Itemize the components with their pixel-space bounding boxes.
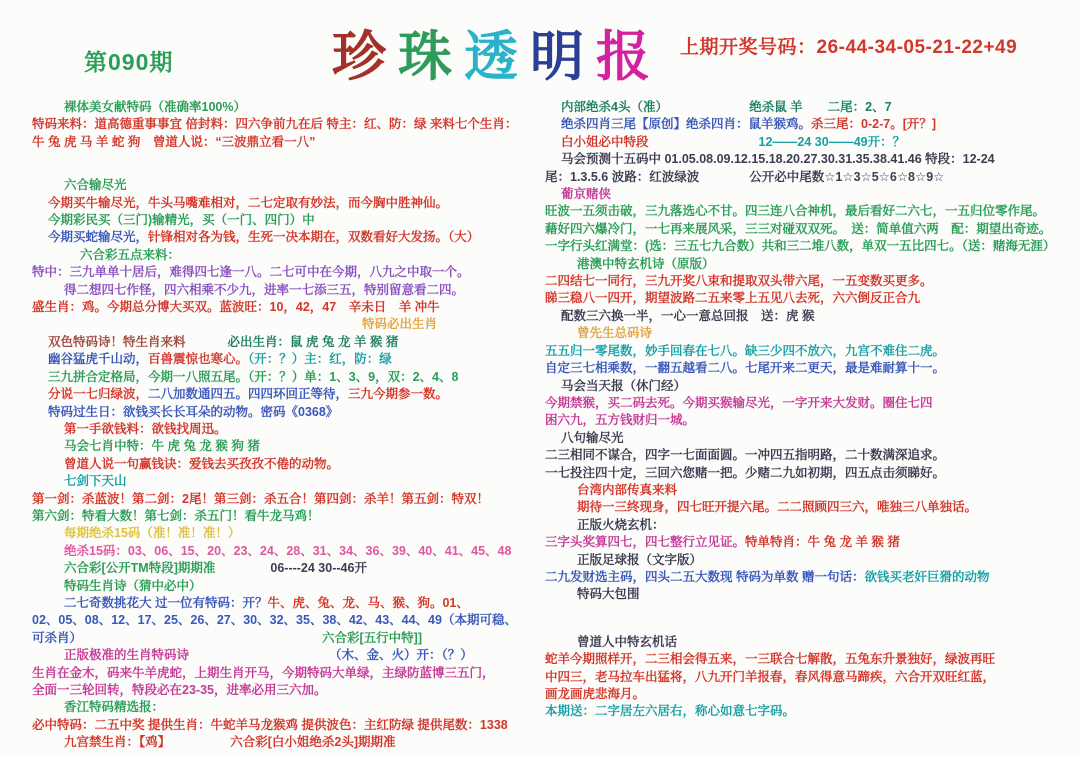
text-line: 五五归一零尾数，妙手回春在七八。缺三少四不放六，九宫不难住二虎。 — [545, 343, 1077, 360]
text-line: 蛇羊今期照样开，二三相会得五来，一三联合七解散，五兔东升景独好，绿波再旺 — [545, 651, 1077, 668]
last-draw-label: 上期开奖号码： — [680, 37, 817, 58]
text-line: 七剑下天山 — [32, 473, 544, 490]
text-segment: 必出生肖：鼠 虎 兔 龙 羊 猴 猪 — [228, 335, 399, 349]
text-line: 绝杀四肖三尾【原创】绝杀四肖：鼠羊猴鸡。杀三尾：0-2-7。[开？] — [545, 116, 1077, 133]
text-line: 特码生肖诗（猜中必中） — [32, 578, 544, 595]
text-line: 三字头奖算四七，四七整行立见证。特单特肖：牛 兔 龙 羊 猴 猪 — [545, 534, 1077, 551]
report-header: 第090期 珍珠透明报 上期开奖号码：26-44-34-05-21-22+49 — [0, 0, 1080, 96]
text-line: 期待一三终现身，四七旺开提六尾。二二照顾四三六，唯独三八单独话。 — [545, 499, 1077, 516]
text-line: 马会七肖中特：牛 虎 兔 龙 猴 狗 猪 — [32, 438, 544, 455]
text-line: 内部绝杀4头（准） 绝杀鼠 羊 二尾：2、7 — [545, 99, 1077, 116]
text-segment: 牛、虎、兔、龙、马、猴、狗。01、 — [267, 596, 468, 610]
text-line: 自定三七相乘数，一翻五越看二八。七尾开来二更天，最是难耐算十一。 — [545, 360, 1077, 377]
title-char: 珍 — [332, 27, 398, 87]
text-line: 正版足球报（文字版） — [545, 552, 1077, 569]
text-line: 02、05、08、12、17、25、26、27、30、32、35、38、42、4… — [32, 612, 544, 629]
text-line: 今期彩民买（三门)输精光，买（一门、四门）中 — [32, 212, 544, 229]
text-line: 正版极准的生肖特码诗（木、金、火）开：（？） — [32, 647, 544, 664]
text-line: 正版火烧玄机： — [545, 517, 1077, 534]
text-line: 第六剑：特看大数！第七剑：杀五门！看牛龙马鸡！ — [32, 508, 544, 525]
right-column: 内部绝杀4头（准） 绝杀鼠 羊 二尾：2、7绝杀四肖三尾【原创】绝杀四肖：鼠羊猴… — [545, 99, 1077, 721]
text-line: 曾道人中特玄机话 — [545, 634, 1077, 651]
text-line: 特码过生日：欲钱买长长耳朵的动物。密码《0368》 — [32, 404, 544, 421]
text-line: 困六九，五方钱财归一城。 — [545, 412, 1077, 429]
text-line: 牛 兔 虎 马 羊 蛇 狗 曾道人说：“三波鼎立看一八” — [32, 134, 544, 151]
text-segment: 幽谷猛虎千山动， — [48, 352, 148, 366]
text-segment: 12——24 30——49开：？ — [759, 135, 906, 149]
text-line: 藉好四六爆冷门，一七再来展风采，三三对碰双双死。 送：简单值六两 配：期望出奇迹… — [545, 221, 1077, 238]
text-line: 盛生肖：鸡。今期总分博大买双。蓝波旺：10，42，47 辛未日 羊 冲牛 — [32, 299, 544, 316]
text-segment: 绝杀四肖三尾【原创】绝杀四肖：鼠羊猴鸡。 — [561, 117, 811, 131]
text-segment: 九宫禁生肖：【鸡】 — [64, 735, 170, 749]
text-segment: 06----24 30--46开 — [270, 561, 367, 575]
text-line: 港澳中特玄机诗（原版） — [545, 256, 1077, 273]
text-line: 台湾内部传真来料 — [545, 482, 1077, 499]
text-line: 今期买牛输尽光，牛头马嘴难相对，二七定取有妙法，而今胸中胜神仙。 — [32, 195, 544, 212]
text-segment: 二七奇数挑花大 过一位有特码：开？ — [64, 596, 267, 610]
text-segment: 欲钱买老奸巨猾的动物 — [864, 570, 989, 584]
text-line: 九宫禁生肖：【鸡】六合彩[白小姐绝杀2头]期期准 — [32, 734, 544, 751]
text-line: 得二想四七作怪，四六相乘不少九，进率一七添三五，特别留意看二四。 — [32, 282, 544, 299]
text-line: 二九发财选主码，四头二五大数现 特码为单数 赠一句话：欲钱买老奸巨猾的动物 — [545, 569, 1077, 586]
text-line: 六合输尽光 — [32, 177, 544, 194]
text-line: 特中：三九单单十居后，难得四七逢一八。二七可中在今期，八九之中取一个。 — [32, 264, 544, 281]
text-line: 本期送：二字居左六居右，称心如意七字码。 — [545, 703, 1077, 720]
text-line: 双色特码诗！特生肖来料必出生肖：鼠 虎 兔 龙 羊 猴 猪 — [32, 334, 544, 351]
text-line: 八句输尽光 — [545, 430, 1077, 447]
text-line: 睇三稳八一四开，期望波路二五来零上五见八去死，六六倒反正合九 — [545, 290, 1077, 307]
text-line: 二四结七一同行，三九开奖八束和提取双头带六尾，一五变数买更多。 — [545, 273, 1077, 290]
text-line: 白小姐必中特段12——24 30——49开：？ — [545, 134, 1077, 151]
title-char: 透 — [464, 27, 530, 87]
text-segment: 六合彩[公开TM特段]期期准 — [64, 561, 215, 575]
text-segment: 正版极准的生肖特码诗 — [64, 648, 189, 662]
text-line: 每期绝杀15码（准！准！准！） — [32, 525, 544, 542]
text-line: 生肖在金木，码来牛羊虎蛇，上期生肖开马，今期特码大单绿，主绿防蓝博三五门， — [32, 665, 544, 682]
text-segment: （木、金、火）开：（？） — [329, 648, 473, 662]
text-line: 必中特码：二五中奖 提供生肖：牛蛇羊马龙猴鸡 提供波色：主红防绿 提供尾数：13… — [32, 717, 544, 734]
text-line: 特码大包围 — [545, 586, 1077, 603]
text-line: 六合彩[公开TM特段]期期准06----24 30--46开 — [32, 560, 544, 577]
text-segment: （开：？）主：红，防：绿 — [248, 352, 392, 366]
text-line: 配数三六换一半，一心一意总回报 送：虎 猴 — [545, 308, 1077, 325]
report-title: 珍珠透明报 — [332, 14, 662, 91]
text-segment: 双色特码诗！特生肖来料 — [48, 335, 186, 349]
text-line: 裸体美女献特码（准确率100%） — [32, 99, 544, 116]
text-line: 六合彩五点来料： — [32, 247, 544, 264]
text-line: 二七奇数挑花大 过一位有特码：开？牛、虎、兔、龙、马、猴、狗。01、 — [32, 595, 544, 612]
text-line: 分说一七归绿波，二八加数通四五。四四环回正等待，三九今期参一数。 — [32, 386, 544, 403]
text-line: 今期禁猴，买二码去死。今期买猴输尽光，一字开来大发财。圈住七四 — [545, 395, 1077, 412]
text-segment: 分说一七归绿波， — [48, 387, 148, 401]
text-line: 曾先生总码诗 — [545, 325, 1077, 342]
text-line: 一七投注四十定，三回六您赌一把。少赌二九如初期，四五点击须睇好。 — [545, 465, 1077, 482]
text-segment: 杀三尾：0-2-7。[开？] — [811, 117, 936, 131]
text-segment: 三字头奖算四七，四七整行立见证。 — [545, 535, 745, 549]
issue-number: 第090期 — [84, 44, 173, 77]
text-segment: 三九今期参一数。 — [348, 387, 448, 401]
text-line: 旺波一五须击破，三九落选心不甘。四三连八合神机，最后看好二六七，一五归位零作尾。 — [545, 203, 1077, 220]
text-segment: 白小姐必中特段 — [561, 135, 649, 149]
text-line: 特码来料：道高德重事事宜 倍封料：四六争前九在后 特主：红、防：绿 来料七个生肖… — [32, 116, 544, 133]
text-segment: 针锋相对各为钱，生死一决本期在，双数看好大发扬。（大） — [148, 230, 479, 244]
text-line: 曾道人说一句赢钱诀：爱钱去买孜孜不倦的动物。 — [32, 456, 544, 473]
text-line: 全面一三轮回转，特段必在23-35，进率必用三六加。 — [32, 682, 544, 699]
text-line: 第一剑：杀蓝波！第二剑：2尾！第三剑：杀五合！第四剑：杀羊！第五剑：特双！ — [32, 491, 544, 508]
text-line: 一字行头红满堂：(选：三五七九合数）共和三二堆八数，单双一五比四七。（送：赌海无… — [545, 238, 1077, 255]
text-segment: 二八加数通四五。四四环回正等待， — [148, 387, 348, 401]
last-draw-value: 26-44-34-05-21-22+49 — [817, 37, 1018, 58]
title-char: 明 — [530, 27, 596, 87]
text-line: 可杀肖）六合彩[五行中特]] — [32, 630, 544, 647]
text-line: 绝杀15码：03、06、15、20、23、24、28、31、34、36、39、4… — [32, 543, 544, 560]
text-line: 葡京赌侠 — [545, 186, 1077, 203]
text-segment: 今期买蛇输尽光， — [48, 230, 148, 244]
text-line: 幽谷猛虎千山动，百兽震惊也寒心。（开：？）主：红，防：绿 — [32, 351, 544, 368]
text-line: 二三相同不谋合，四字一七面面圆。一冲四五指明路，二十数满深追求。 — [545, 447, 1077, 464]
report-page: 第090期 珍珠透明报 上期开奖号码：26-44-34-05-21-22+49 … — [0, 0, 1080, 758]
text-segment: 六合彩[五行中特]] — [322, 631, 422, 645]
title-char: 报 — [596, 27, 662, 87]
text-segment: 特单特肖：牛 兔 龙 羊 猴 猪 — [745, 535, 900, 549]
text-segment: 六合彩[白小姐绝杀2头]期期准 — [230, 735, 395, 749]
text-line: 第一手欲钱料：欲钱找周迅。 — [32, 421, 544, 438]
last-draw-numbers: 上期开奖号码：26-44-34-05-21-22+49 — [680, 32, 1017, 59]
text-line: 马会预测十五码中 01.05.08.09.12.15.18.20.27.30.3… — [545, 151, 1077, 168]
text-line: 香江特码精选报： — [32, 699, 544, 716]
text-line: 画龙画虎悲海月。 — [545, 686, 1077, 703]
text-line: 今期买蛇输尽光，针锋相对各为钱，生死一决本期在，双数看好大发扬。（大） — [32, 229, 544, 246]
text-segment: 二九发财选主码，四头二五大数现 特码为单数 赠一句话： — [545, 570, 864, 584]
text-line: 三九拼合定格局，今期一八照五尾。（开：？）单：1、3、9，双：2、4、8 — [32, 369, 544, 386]
left-column: 裸体美女献特码（准确率100%）特码来料：道高德重事事宜 倍封料：四六争前九在后… — [32, 99, 544, 752]
text-line: 中四三，老马拉车出猛将，八九开门羊报春，春风得意马蹄疾，六合开双旺红蓝， — [545, 669, 1077, 686]
text-line: 马会当天报（休门经） — [545, 378, 1077, 395]
text-line: 尾：1.3.5.6 波路：红波绿波 公开必中尾数☆1☆3☆5☆6☆8☆9☆ — [545, 169, 1077, 186]
text-line: 特码必出生肖 — [32, 316, 544, 333]
title-char: 珠 — [398, 27, 464, 87]
text-segment: 百兽震惊也寒心。 — [148, 352, 248, 366]
text-segment: 可杀肖） — [32, 631, 82, 645]
